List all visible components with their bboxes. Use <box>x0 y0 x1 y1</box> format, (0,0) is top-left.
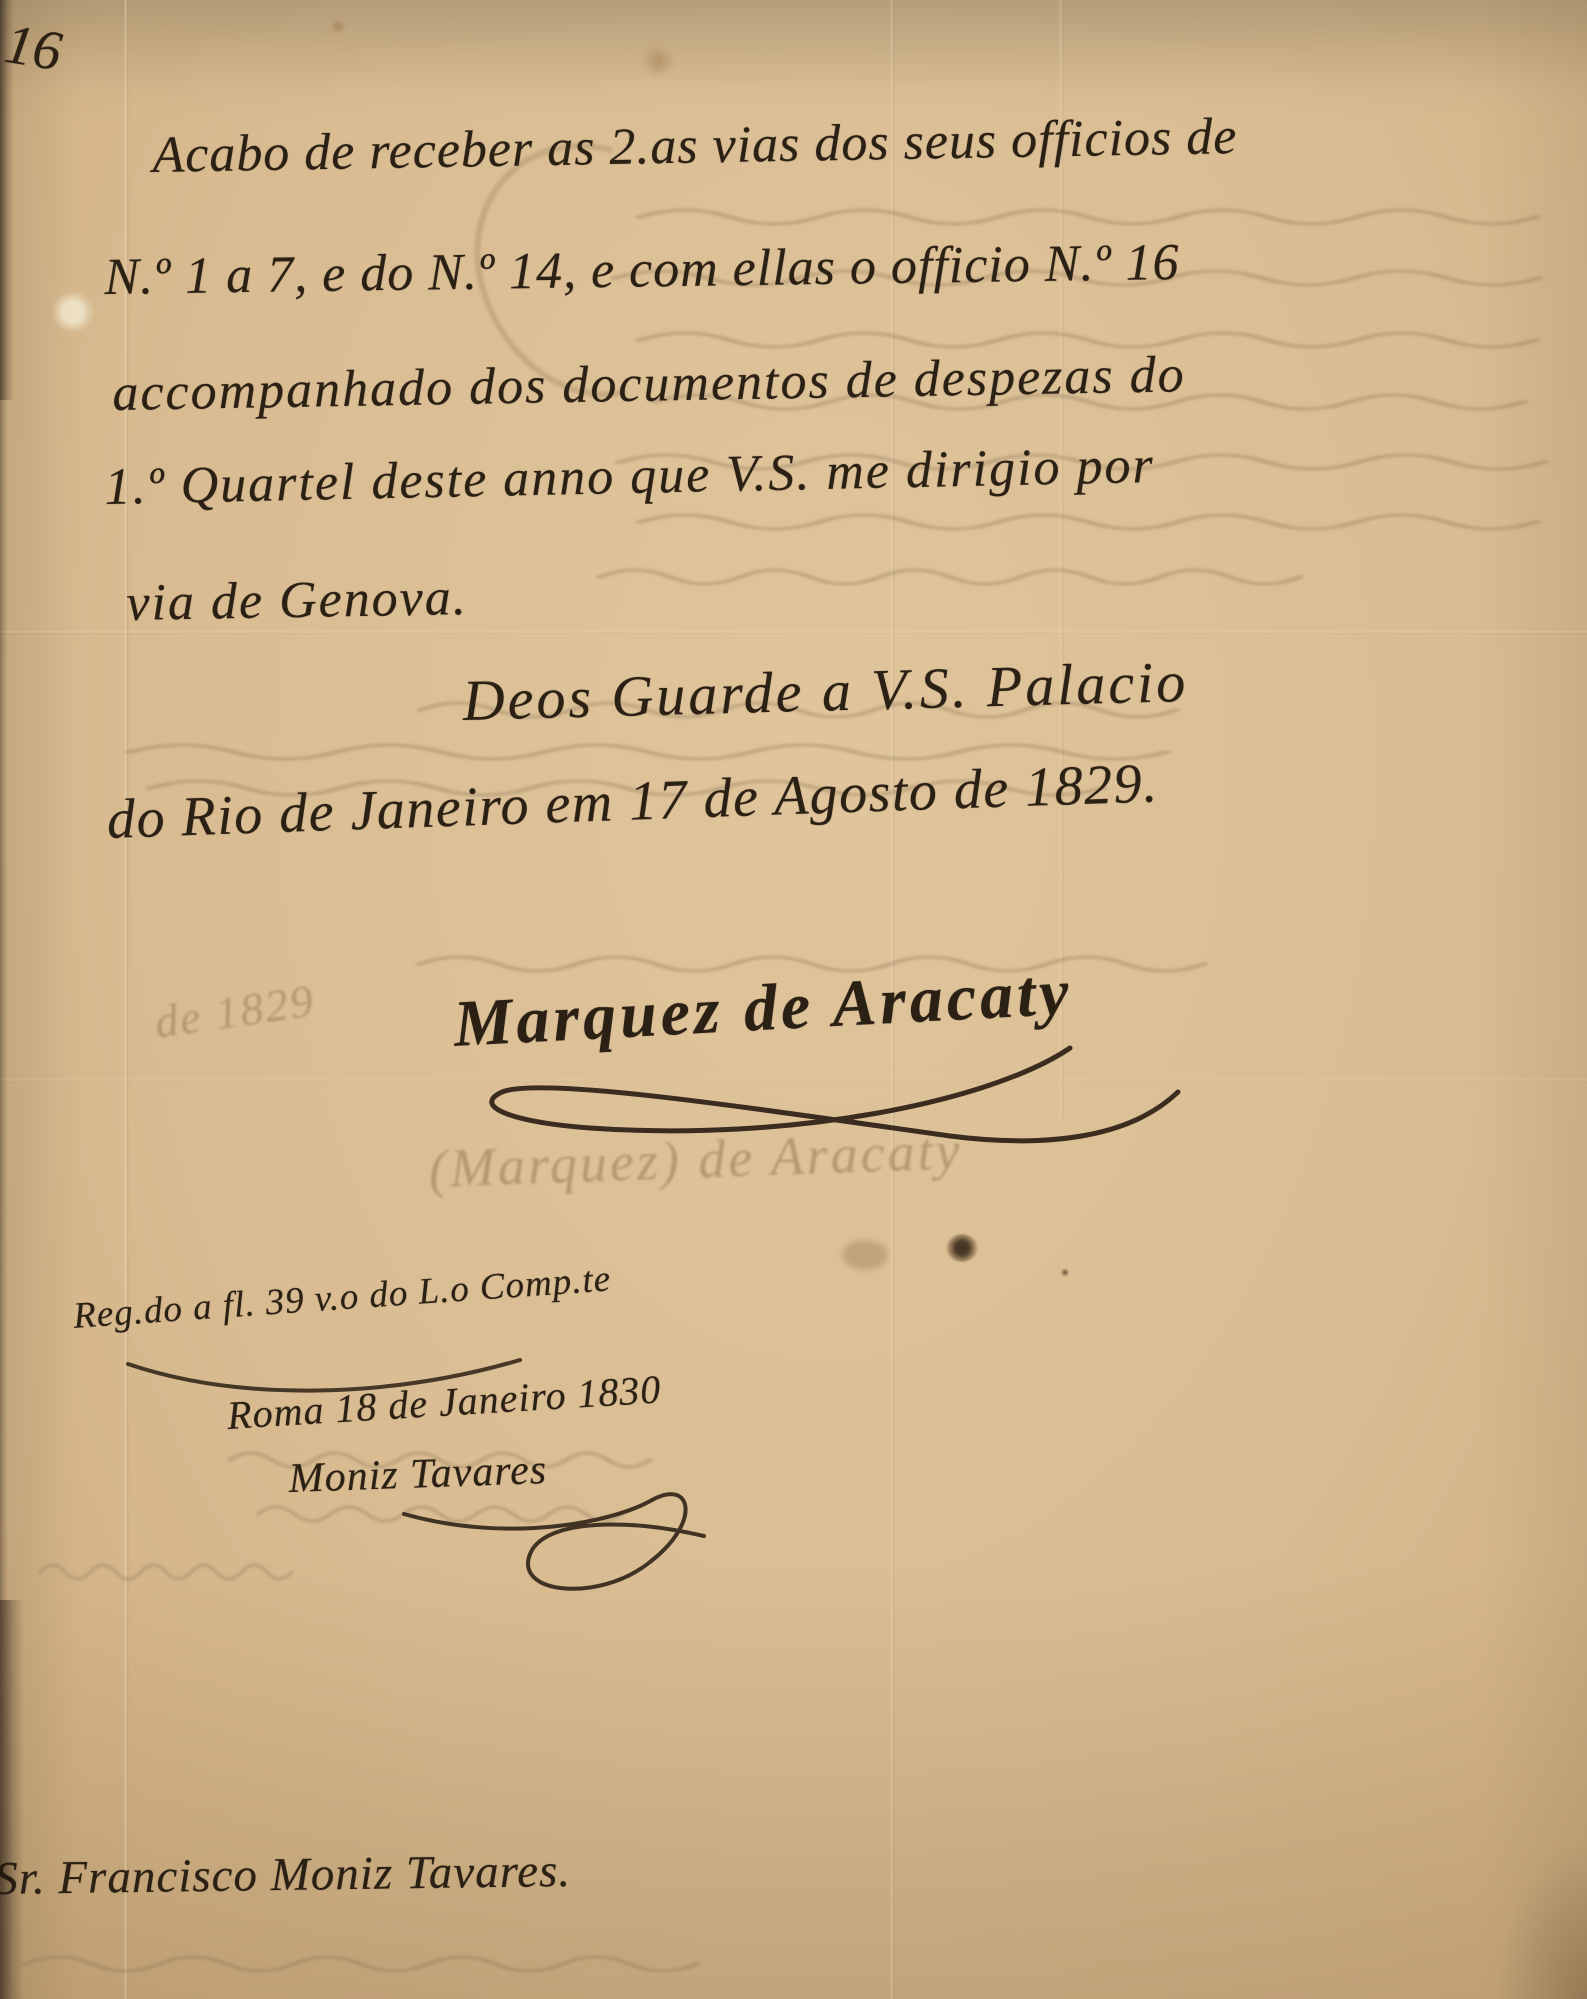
registration-line-1: Reg.do a fl. 39 v.o do L.o Comp.te <box>72 1260 612 1335</box>
body-line-1: Acabo de receber as 2.as vias dos seus o… <box>152 111 1238 182</box>
bottom-right-corner-shade <box>1497 1839 1587 1999</box>
foxing-speck-top <box>330 20 346 33</box>
ghost-signature: (Marquez) de Aracaty <box>428 1123 963 1196</box>
paper-chip-left <box>52 292 94 332</box>
registration-signature-flourish <box>390 1478 720 1628</box>
registration-signature: Moniz Tavares <box>288 1449 548 1500</box>
body-line-2: N.º 1 a 7, e do N.º 14, e com ellas o of… <box>104 237 1180 304</box>
signature-marquez-de-aracaty: Marquez de Aracaty <box>452 960 1074 1058</box>
small-speck <box>1060 1268 1070 1277</box>
left-edge-shadow-middle <box>0 400 8 1600</box>
left-edge-shadow-bottom <box>0 1600 24 1999</box>
body-line-5: via de Genova. <box>126 572 468 630</box>
horizontal-crease-1 <box>0 630 1587 635</box>
dark-ink-spot <box>946 1234 978 1262</box>
horizontal-crease-2 <box>0 1078 1587 1083</box>
body-line-3: accompanhado dos documentos de despezas … <box>112 349 1186 420</box>
smudge-mid-right <box>842 1240 888 1270</box>
manuscript-page: de 1829 (Marquez) de Aracaty 16 Acabo de… <box>0 0 1587 1999</box>
closing-line-2: do Rio de Janeiro em 17 de Agosto de 182… <box>106 755 1159 848</box>
body-line-4: 1.º Quartel deste anno que V.S. me dirig… <box>104 440 1155 514</box>
ghost-year-text: de 1829 <box>152 978 318 1046</box>
registration-line-2: Roma 18 de Janeiro 1830 <box>226 1369 662 1435</box>
stain-top-center <box>640 46 676 76</box>
addressee-line: Sr. Francisco Moniz Tavares. <box>0 1848 571 1903</box>
left-edge-shadow-top <box>0 0 14 400</box>
closing-line-1: Deos Guarde a V.S. Palacio <box>462 653 1189 730</box>
paper-top-band <box>0 0 1587 92</box>
